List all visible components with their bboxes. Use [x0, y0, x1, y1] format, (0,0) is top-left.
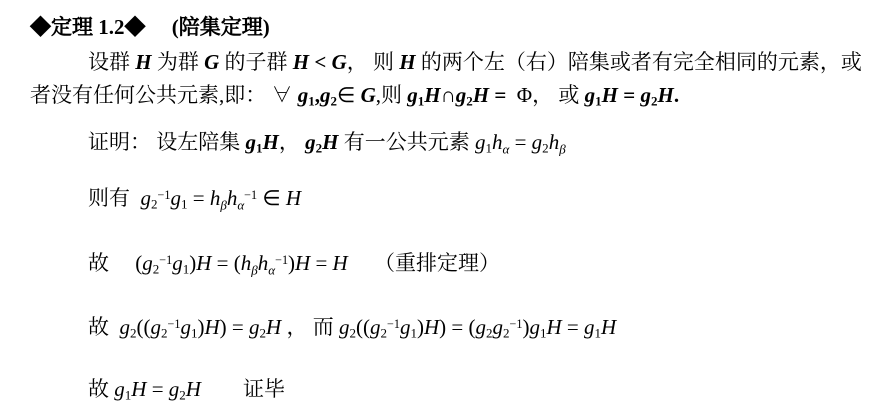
proof-step-5: 故 g1H = g2H 证毕 [88, 376, 285, 405]
theorem-statement-line-1: 设群 H 为群 G 的子群 H < G， 则 H 的两个左（右）陪集或者有完全相… [88, 49, 862, 76]
proof-step-3: 故 (g2−1g1)H = (hβhα−1)H = H （重排定理） [88, 250, 500, 279]
document-page: ◆定理 1.2◆ (陪集定理) 设群 H 为群 G 的子群 H < G， 则 H… [0, 0, 886, 411]
proof-step-1: 证明： 设左陪集 g1H， g2H 有一公共元素 g1hα = g2hβ [88, 129, 566, 158]
theorem-title: ◆定理 1.2◆ (陪集定理) [30, 14, 270, 41]
theorem-statement-line-2: 者没有任何公共元素,即： ∀ g1,g2∈ G,则 g1H∩g2H = Φ， 或… [30, 82, 679, 111]
proof-step-2: 则有 g2−1g1 = hβhα−1 ∈ H [88, 185, 301, 214]
proof-step-4: 故 g2((g2−1g1)H) = g2H ， 而 g2((g2−1g1)H) … [88, 314, 616, 343]
